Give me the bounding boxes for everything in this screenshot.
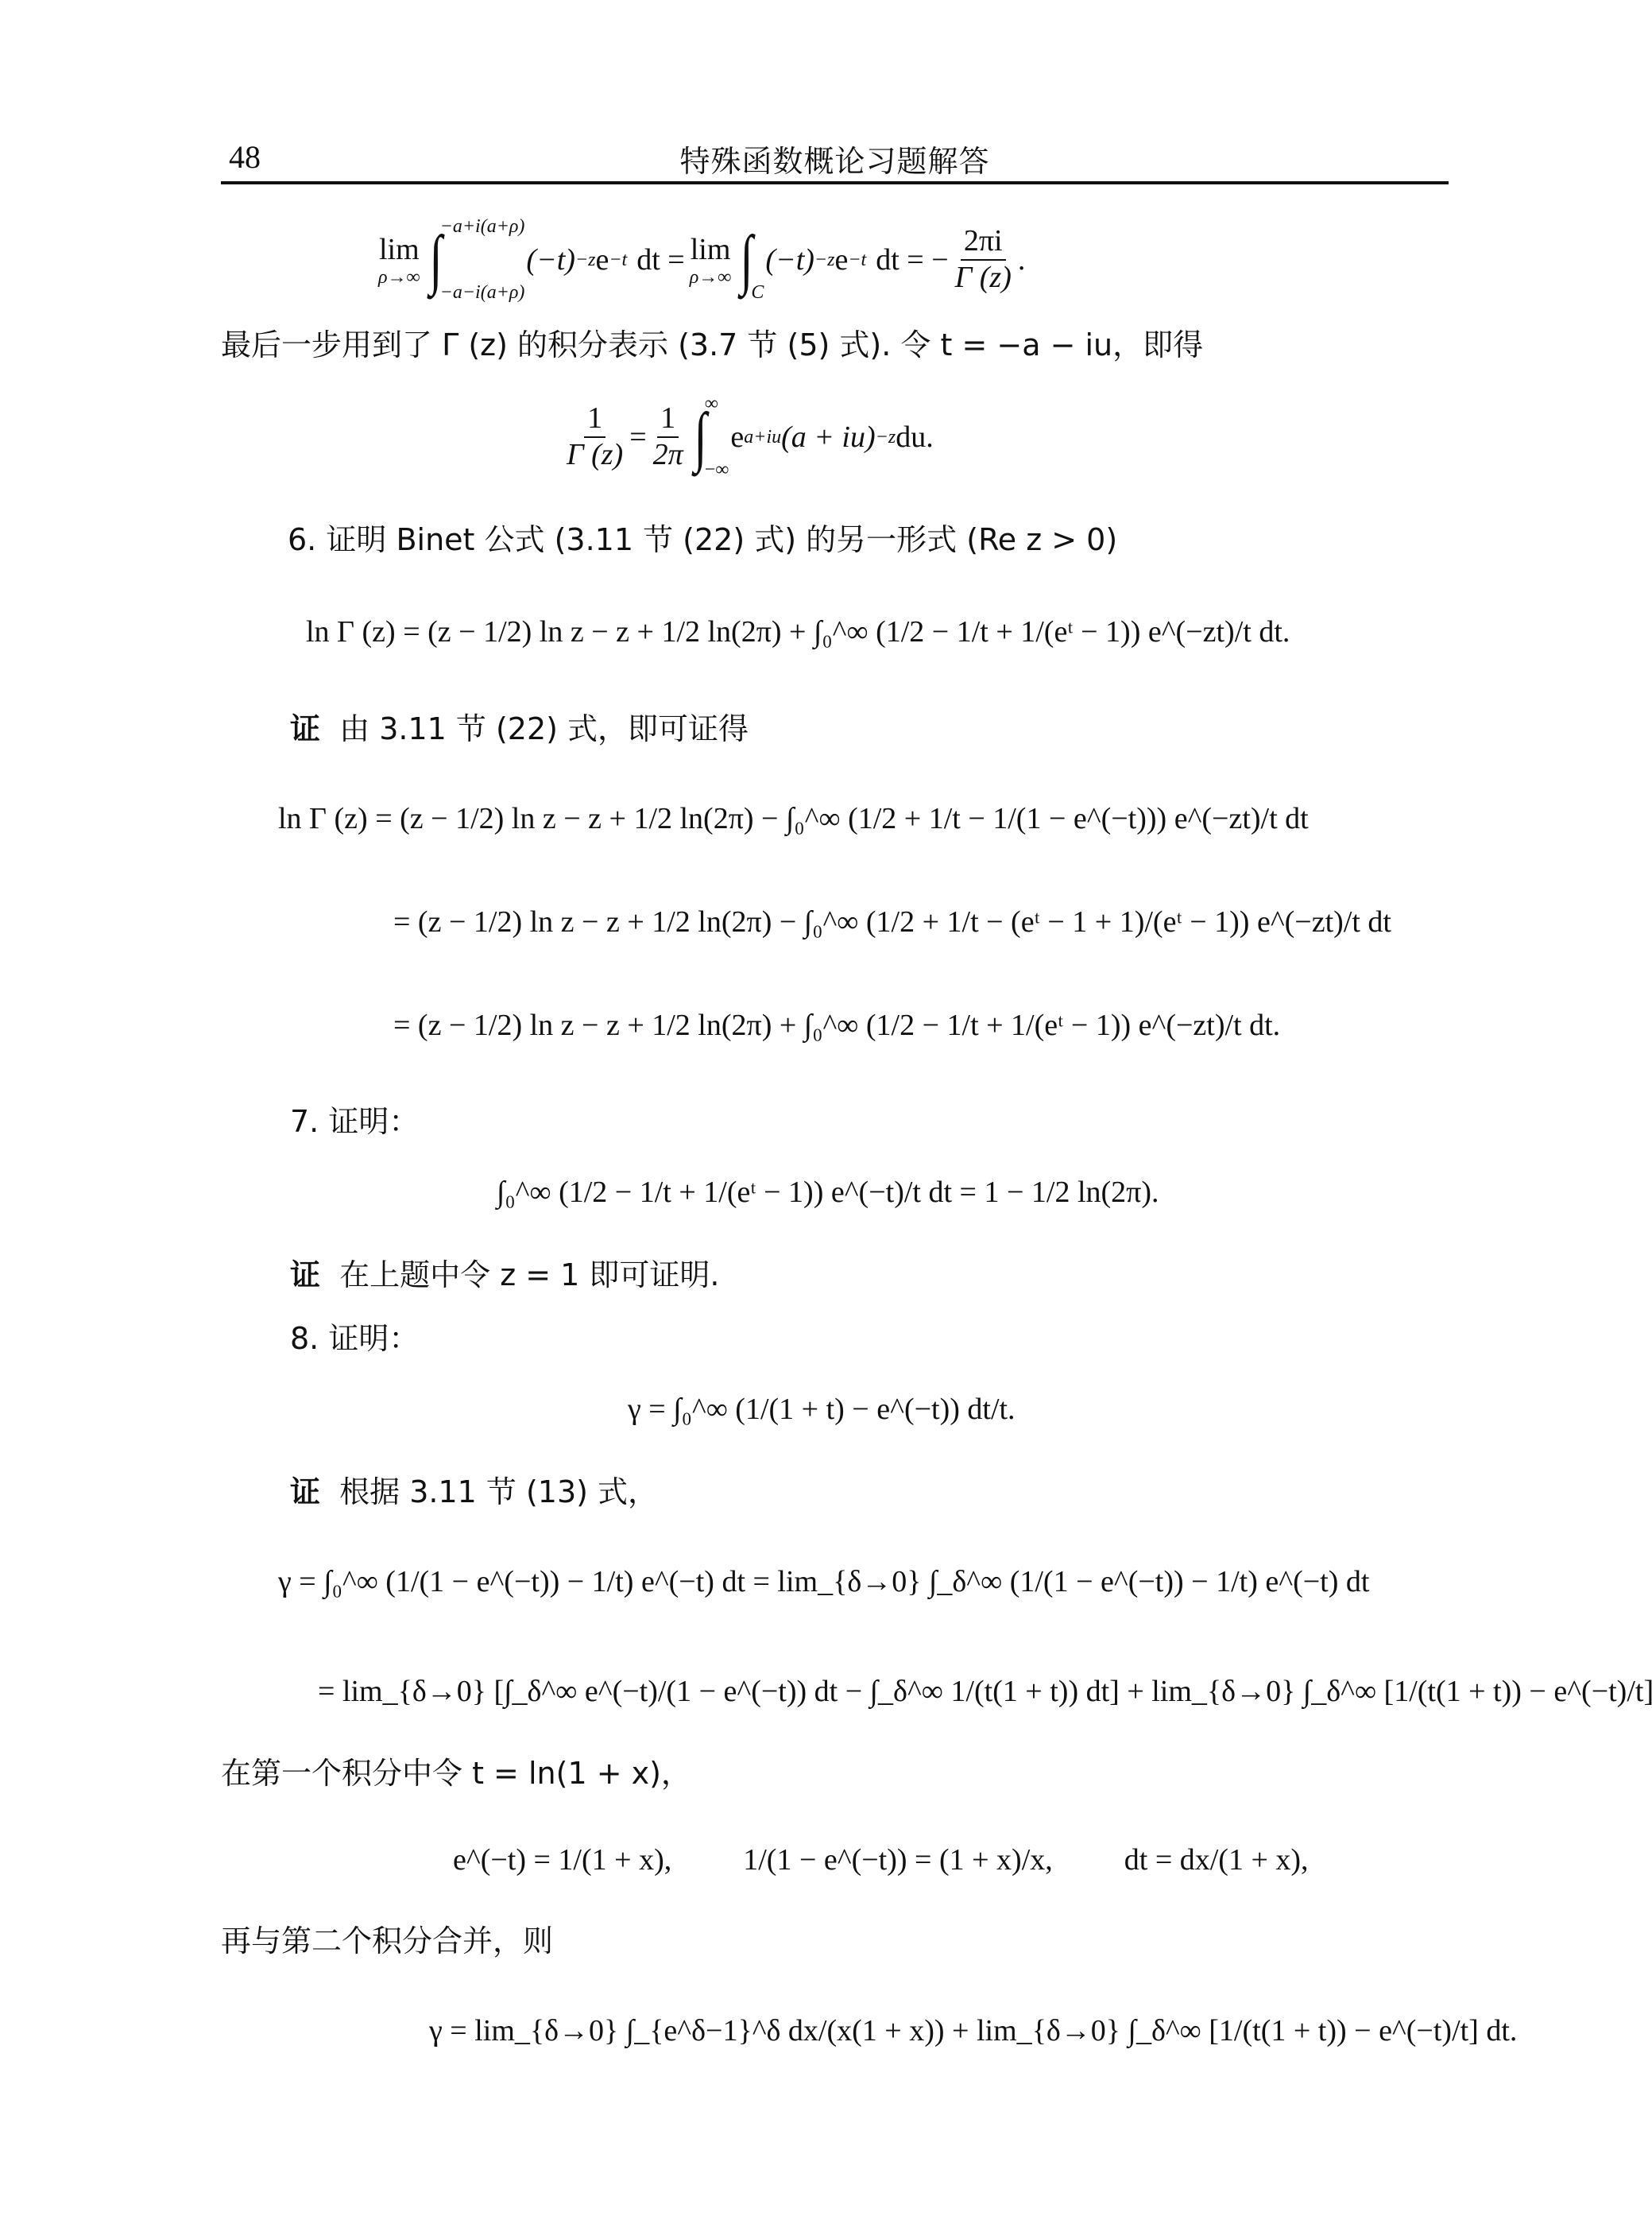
proof-8-line-1: γ = ∫₀^∞ (1/(1 − e^(−t)) − 1/t) e^(−t) d… — [278, 1538, 1369, 1625]
document-page: 48 特殊函数概论习题解答 limρ→∞ ∫−a+i(a+ρ)−a−i(a+ρ)… — [0, 0, 1652, 2216]
problem-7-statement: 7. 证明： — [290, 1106, 419, 1137]
proof-6-line-3: = (z − 1/2) ln z − z + 1/2 ln(2π) + ∫₀^∞… — [393, 982, 1280, 1069]
equation-binet-alt: ln Γ (z) = (z − 1/2) ln z − z + 1/2 ln(2… — [306, 584, 1290, 680]
fraction: 2πiΓ (z) — [952, 224, 1015, 295]
substitution-identities: e^(−t) = 1/(1 + x), 1/(1 − e^(−t)) = (1 … — [453, 1820, 1309, 1900]
proof-6-line-1: ln Γ (z) = (z − 1/2) ln z − z + 1/2 ln(2… — [278, 775, 1309, 862]
running-title: 特殊函数概论习题解答 — [221, 137, 1449, 180]
equation-problem-7: ∫₀^∞ (1/2 − 1/t + 1/(eᵗ − 1)) e^(−t)/t d… — [497, 1149, 1159, 1236]
problem-8-statement: 8. 证明： — [290, 1323, 419, 1354]
equation-contour-limit: limρ→∞ ∫−a+i(a+ρ)−a−i(a+ρ) (−t)−z e−t dt… — [373, 208, 1025, 312]
equation-gamma-final: γ = lim_{δ→0} ∫_{e^δ−1}^δ dx/(x(1 + x)) … — [429, 1983, 1517, 2078]
equation-euler-gamma: γ = ∫₀^∞ (1/(1 + t) − e^(−t)) dt/t. — [628, 1366, 1016, 1453]
integral: ∫∞−∞ — [691, 393, 729, 481]
problem-8-proof-intro: 证 根据 3.11 节 (13) 式， — [290, 1477, 658, 1507]
page-header: 48 特殊函数概论习题解答 — [221, 134, 1449, 183]
proof-6-line-2: = (z − 1/2) ln z − z + 1/2 ln(2π) − ∫₀^∞… — [393, 878, 1391, 966]
proof-label: 证 — [290, 711, 320, 746]
contour-integral: ∫C — [737, 216, 764, 304]
subst-dt: dt = dx/(1 + x), — [1124, 1842, 1309, 1877]
proof-label: 证 — [290, 1474, 320, 1509]
subst-recip: 1/(1 − e^(−t)) = (1 + x)/x, — [743, 1842, 1053, 1877]
limit: limρ→∞ — [690, 232, 732, 289]
integral: ∫−a+i(a+ρ)−a−i(a+ρ) — [427, 216, 525, 304]
proof-8-line-2: = lim_{δ→0} [∫_δ^∞ e^(−t)/(1 − e^(−t)) d… — [318, 1644, 1652, 1739]
subst-exp: e^(−t) = 1/(1 + x), — [453, 1842, 671, 1877]
equation-reciprocal-gamma: 1Γ (z) = 12π ∫∞−∞ ea+iu (a + iu)−z du. — [560, 385, 934, 489]
problem-6-proof-intro: 证 由 3.11 节 (22) 式，即可证得 — [290, 714, 749, 744]
paragraph-merge: 再与第二个积分合并，则 — [221, 1926, 553, 1956]
paragraph-gamma-integral-rep: 最后一步用到了 Γ (z) 的积分表示 (3.7 节 (5) 式). 令 t =… — [221, 330, 1203, 360]
limit: limρ→∞ — [378, 232, 420, 289]
proof-label: 证 — [290, 1257, 320, 1292]
problem-6-statement: 6. 证明 Binet 公式 (3.11 节 (22) 式) 的另一形式 (Re… — [288, 525, 1117, 555]
header-rule — [221, 181, 1449, 184]
problem-7-proof: 证 在上题中令 z = 1 即可证明. — [290, 1260, 719, 1290]
paragraph-substitution: 在第一个积分中令 t = ln(1 + x)， — [221, 1758, 691, 1788]
